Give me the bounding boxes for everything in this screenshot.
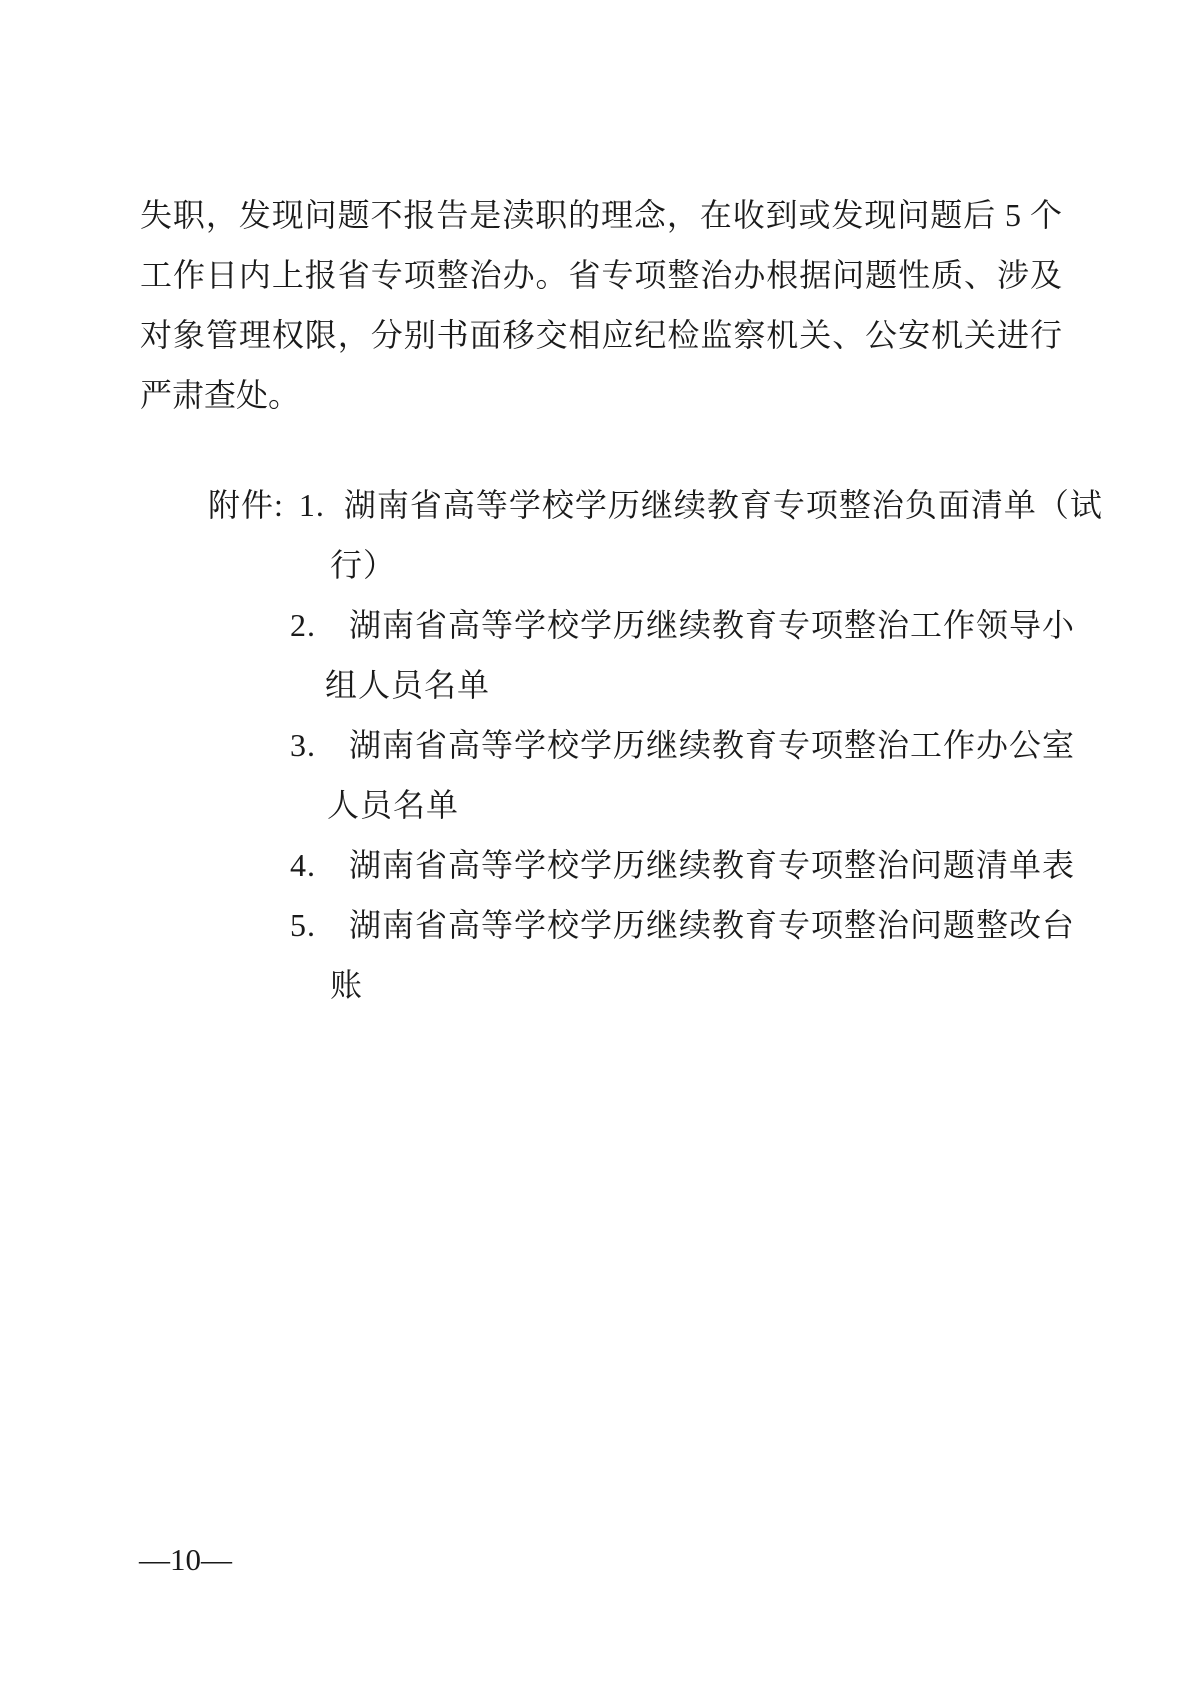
attachment-2-row: 2. 湖南省高等学校学历继续教育专项整治工作领导小: [290, 595, 1075, 655]
paragraph-line-1: 失职，发现问题不报告是渎职的理念，在收到或发现问题后 5 个: [140, 185, 1062, 245]
attachment-4-text: 湖南省高等学校学历继续教育专项整治问题清单表: [349, 847, 1075, 883]
document-page: 失职，发现问题不报告是渎职的理念，在收到或发现问题后 5 个 工作日内上报省专项…: [0, 0, 1191, 1684]
attachment-2-number: 2.: [290, 607, 316, 643]
paragraph-line-2: 工作日内上报省专项整治办。省专项整治办根据问题性质、涉及: [140, 245, 1062, 305]
attachment-4-row: 4. 湖南省高等学校学历继续教育专项整治问题清单表: [290, 835, 1075, 895]
attachment-5-text: 湖南省高等学校学历继续教育专项整治问题整改台: [349, 907, 1075, 943]
attachment-5-number: 5.: [290, 907, 316, 943]
attachment-3-number: 3.: [290, 727, 316, 763]
page-number: —10—: [139, 1538, 232, 1582]
attachment-2-text: 湖南省高等学校学历继续教育专项整治工作领导小: [349, 607, 1075, 643]
attachment-4-number: 4.: [290, 847, 316, 883]
attachment-3-text: 湖南省高等学校学历继续教育专项整治工作办公室: [349, 727, 1075, 763]
body-paragraph: 失职，发现问题不报告是渎职的理念，在收到或发现问题后 5 个 工作日内上报省专项…: [140, 185, 1062, 425]
attachment-1-number: 1.: [299, 487, 325, 523]
attachment-1-text: 湖南省高等学校学历继续教育专项整治负面清单（试: [344, 487, 1103, 523]
attachment-3-continuation: 人员名单: [327, 775, 459, 835]
attachments-label: 附件:: [208, 487, 284, 523]
attachment-3-row: 3. 湖南省高等学校学历继续教育专项整治工作办公室: [290, 715, 1075, 775]
attachment-heading-row: 附件: 1. 湖南省高等学校学历继续教育专项整治负面清单（试: [208, 475, 1103, 535]
attachment-2-continuation: 组人员名单: [325, 655, 490, 715]
attachment-1-continuation: 行）: [330, 535, 396, 595]
attachment-5-continuation: 账: [330, 955, 363, 1015]
paragraph-line-3: 对象管理权限，分别书面移交相应纪检监察机关、公安机关进行: [140, 305, 1062, 365]
paragraph-line-4: 严肃查处。: [140, 365, 1062, 425]
attachment-5-row: 5. 湖南省高等学校学历继续教育专项整治问题整改台: [290, 895, 1075, 955]
